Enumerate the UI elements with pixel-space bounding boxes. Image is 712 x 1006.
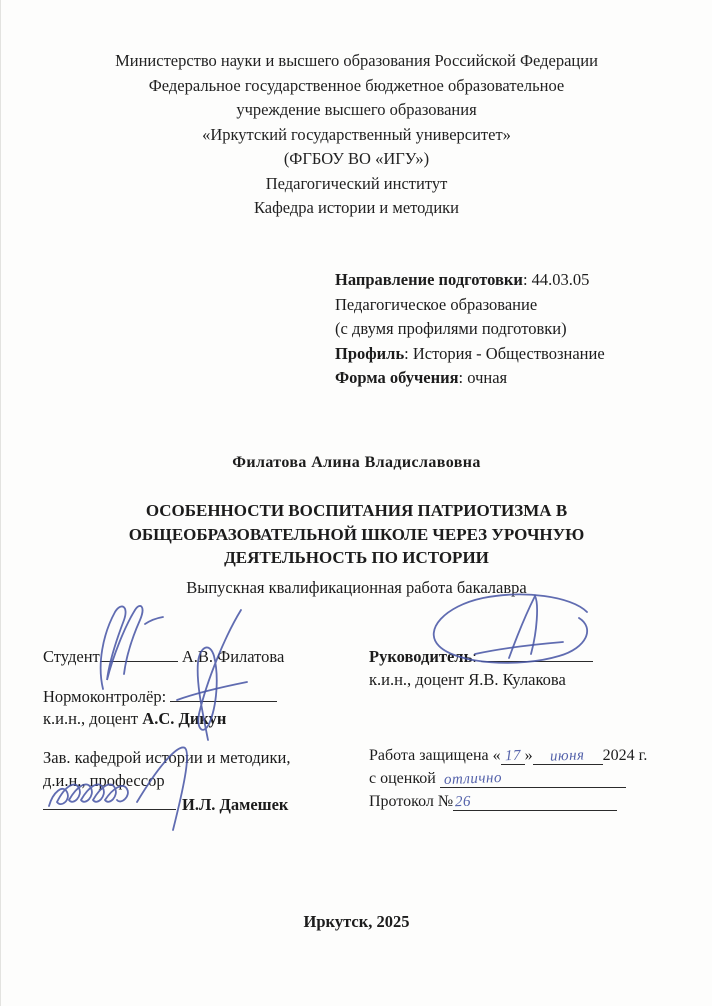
protocol-row: Протокол №26 xyxy=(369,790,647,813)
program-line3: (с двумя профилями подготовки) xyxy=(335,317,605,342)
protocol-label: Протокол № xyxy=(369,793,453,810)
normcontrol-row: Нормоконтролёр: xyxy=(43,684,277,708)
student-signature-line xyxy=(100,644,178,662)
protocol-blank: 26 xyxy=(453,793,617,811)
program-line2: Педагогическое образование xyxy=(335,293,605,318)
thesis-title-page: Министерство науки и высшего образования… xyxy=(0,0,712,1006)
head-signature-row: И.Л. Дамешек xyxy=(43,792,290,816)
normcontrol-name: А.С. Дикун xyxy=(142,709,226,728)
city-year-footer: Иркутск, 2025 xyxy=(1,912,712,932)
defense-day-blank: 17 xyxy=(501,747,525,765)
author-name: Филатова Алина Владиславовна xyxy=(1,454,712,472)
header-line-department: Кафедра истории и методики xyxy=(1,196,712,221)
program-info: Направление подготовки: 44.03.05 Педагог… xyxy=(335,268,605,391)
normcontrol-title: к.и.н., доцент xyxy=(43,709,142,728)
grade-row: с оценкой отлично xyxy=(369,767,647,790)
normcontrol-person: к.и.н., доцент А.С. Дикун xyxy=(43,708,277,730)
head-signature-line xyxy=(43,792,176,810)
defense-prefix: Работа защищена « xyxy=(369,747,501,764)
protocol-handwritten: 26 xyxy=(455,794,472,812)
program-form-label: Форма обучения xyxy=(335,368,459,387)
normcontrol-signature-line xyxy=(170,684,277,702)
student-label: Студент xyxy=(43,647,100,666)
header-line-institute: Педагогический институт xyxy=(1,172,712,197)
supervisor-title: к.и.н., доцент Я.В. Кулакова xyxy=(369,668,593,691)
thesis-title-line2: ОБЩЕОБРАЗОВАТЕЛЬНОЙ ШКОЛЕ ЧЕРЕЗ УРОЧНУЮ xyxy=(1,523,712,547)
grade-handwritten: отлично xyxy=(444,770,503,789)
defense-day-handwritten: 17 xyxy=(504,748,521,766)
head-line2: д.и.н., профессор xyxy=(43,769,290,792)
normcontrol-label: Нормоконтролёр: xyxy=(43,687,166,706)
program-form: Форма обучения: очная xyxy=(335,366,605,391)
supervisor-block: Руководитель: к.и.н., доцент Я.В. Кулако… xyxy=(369,644,593,691)
header-line-federal: Федеральное государственное бюджетное об… xyxy=(1,74,712,99)
grade-blank: отлично xyxy=(440,770,626,788)
work-type-subtitle: Выпускная квалификационная работа бакала… xyxy=(1,578,712,598)
student-row: Студент А.В. Филатова xyxy=(43,644,284,667)
header-line-abbrev: (ФГБОУ ВО «ИГУ») xyxy=(1,147,712,172)
program-profile-value: : История - Обществознание xyxy=(404,344,604,363)
program-direction-value: : 44.03.05 xyxy=(523,270,589,289)
defense-block: Работа защищена «17»июня2024 г. с оценко… xyxy=(369,744,647,813)
defense-date-row: Работа защищена «17»июня2024 г. xyxy=(369,744,647,767)
department-head-block: Зав. кафедрой истории и методики, д.и.н.… xyxy=(43,746,290,816)
supervisor-colon: : xyxy=(472,647,477,666)
head-line1: Зав. кафедрой истории и методики, xyxy=(43,746,290,769)
program-profile: Профиль: История - Обществознание xyxy=(335,342,605,367)
thesis-title-line3: ДЕЯТЕЛЬНОСТЬ ПО ИСТОРИИ xyxy=(1,546,712,570)
supervisor-label: Руководитель xyxy=(369,647,472,666)
head-name: И.Л. Дамешек xyxy=(182,795,288,814)
student-name: А.В. Филатова xyxy=(182,647,284,666)
supervisor-row: Руководитель: xyxy=(369,644,593,668)
defense-year: 2024 г. xyxy=(603,747,648,764)
supervisor-signature-line xyxy=(481,644,593,662)
grade-label: с оценкой xyxy=(369,770,440,787)
thesis-title-line1: ОСОБЕННОСТИ ВОСПИТАНИЯ ПАТРИОТИЗМА В xyxy=(1,499,712,523)
header-line-institution: учреждение высшего образования xyxy=(1,98,712,123)
defense-month-blank: июня xyxy=(533,747,603,765)
normcontrol-block: Нормоконтролёр: к.и.н., доцент А.С. Дику… xyxy=(43,684,277,730)
program-profile-label: Профиль xyxy=(335,344,404,363)
header-line-ministry: Министерство науки и высшего образования… xyxy=(1,49,712,74)
program-direction: Направление подготовки: 44.03.05 xyxy=(335,268,605,293)
program-form-value: : очная xyxy=(459,368,508,387)
defense-close-quote: » xyxy=(525,747,533,764)
university-header: Министерство науки и высшего образования… xyxy=(1,49,712,221)
thesis-title: ОСОБЕННОСТИ ВОСПИТАНИЯ ПАТРИОТИЗМА В ОБЩ… xyxy=(1,499,712,570)
header-line-university: «Иркутский государственный университет» xyxy=(1,123,712,148)
program-direction-label: Направление подготовки xyxy=(335,270,523,289)
defense-month-handwritten: июня xyxy=(550,747,585,765)
